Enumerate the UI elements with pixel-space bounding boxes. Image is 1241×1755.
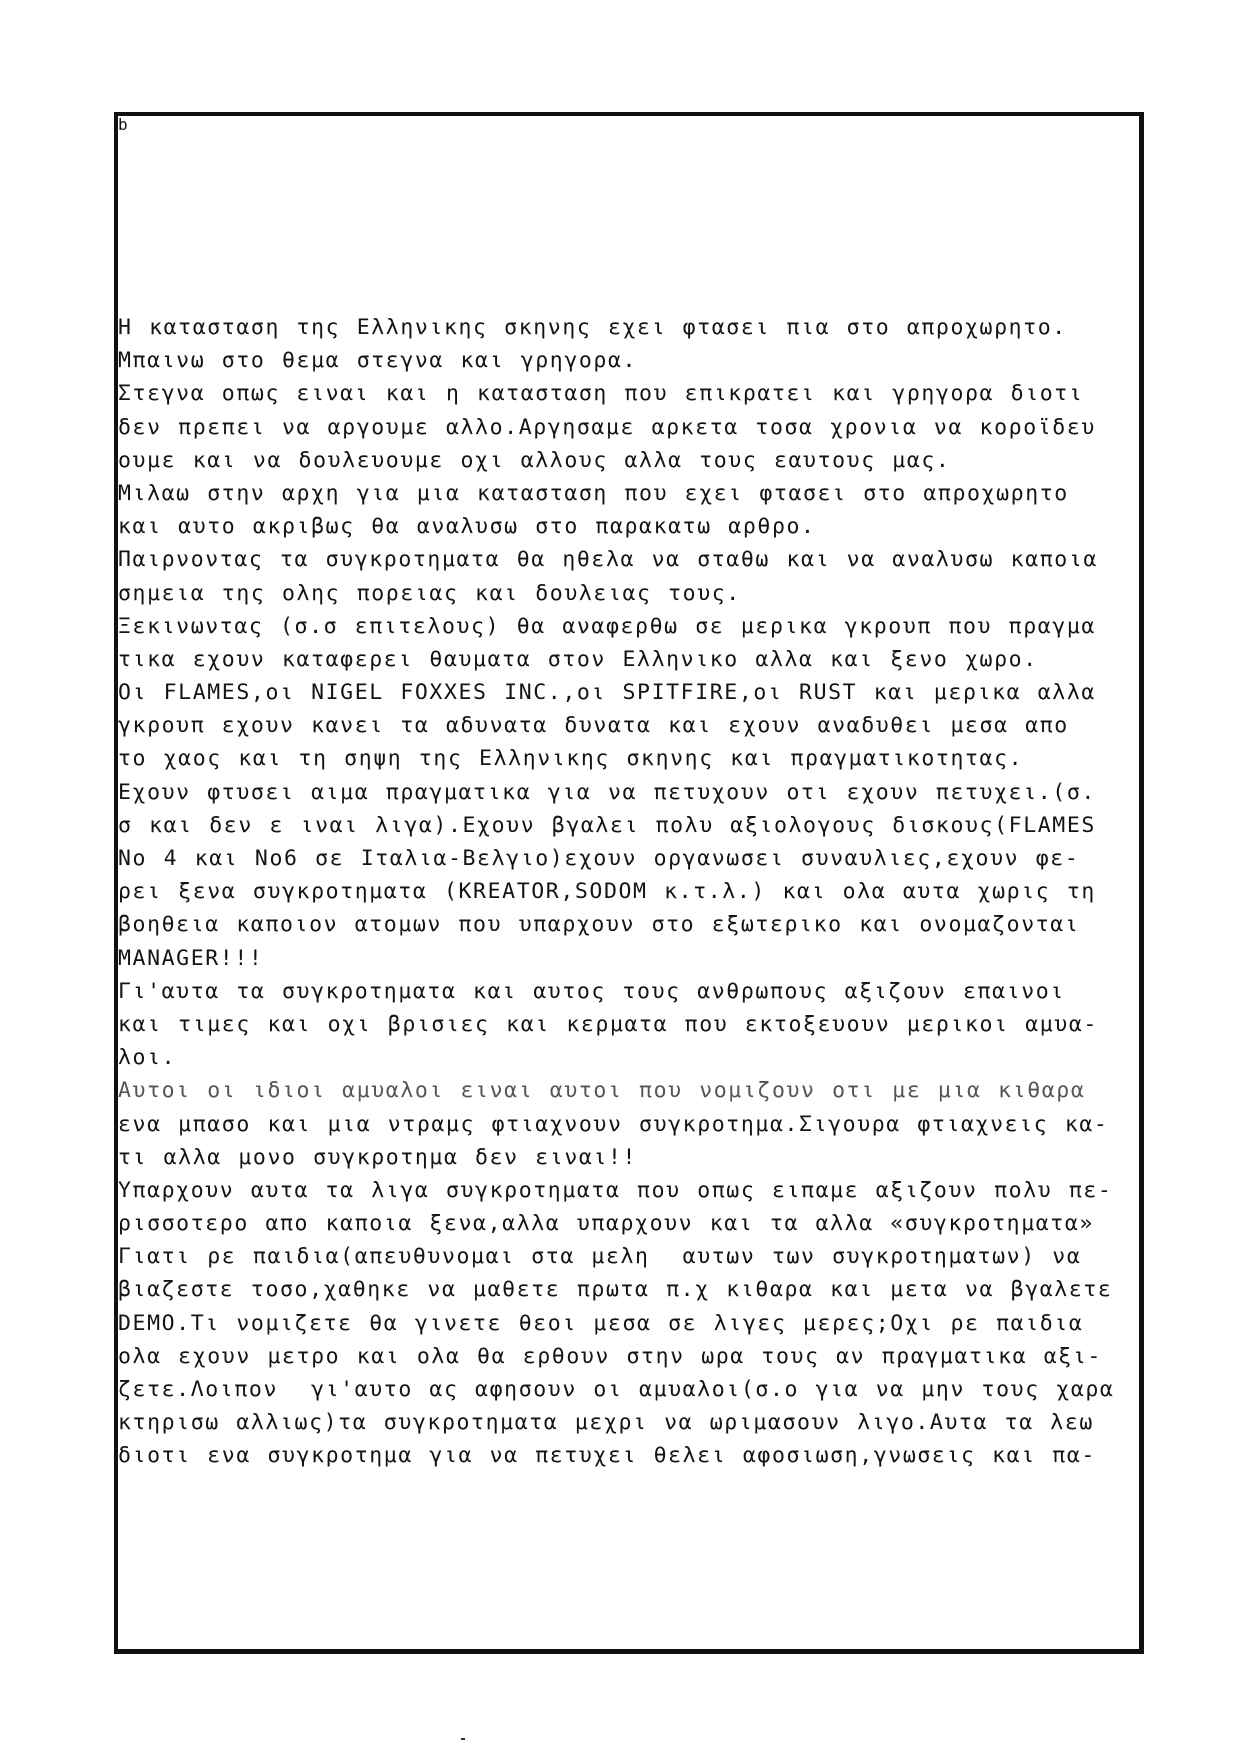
corner-mark: b: [118, 117, 128, 133]
text-line: δεν πρεπει να αργουμε αλλο.Αργησαμε αρκε…: [118, 411, 1140, 444]
text-line: Μπαινω στο θεμα στεγνα και γρηγορα.: [118, 344, 1140, 377]
text-line: βοηθεια καποιον ατομων που υπαρχουν στο …: [118, 908, 1140, 941]
text-line: το χαος και τη σηψη της Ελληνικης σκηνης…: [118, 742, 1140, 775]
text-line: και τιμες και οχι βρισιες και κερματα πο…: [118, 1008, 1140, 1041]
text-line: λοι.: [118, 1041, 1140, 1074]
text-line: σημεια της ολης πορειας και δουλειας του…: [118, 577, 1140, 610]
text-line: τικα εχουν καταφερει θαυματα στον Ελληνι…: [118, 643, 1140, 676]
text-line: Γιατι ρε παιδια(απευθυνομαι στα μελη αυτ…: [118, 1240, 1140, 1273]
text-line: Ξεκινωντας (σ.σ επιτελους) θα αναφερθω σ…: [118, 610, 1140, 643]
text-line: τι αλλα μονο συγκροτημα δεν ειναι!!: [118, 1141, 1140, 1174]
text-line: βιαζεστε τοσο,χαθηκε να μαθετε πρωτα π.χ…: [118, 1273, 1140, 1306]
text-line: γκρουπ εχουν κανει τα αδυνατα δυνατα και…: [118, 709, 1140, 742]
text-line: ζετε.Λοιπον γι'αυτο ας αφησουν οι αμυαλο…: [118, 1373, 1140, 1406]
text-line: Η κατασταση της Ελληνικης σκηνης εχει φτ…: [118, 311, 1140, 344]
text-line: ουμε και να δουλευουμε οχι αλλους αλλα τ…: [118, 444, 1140, 477]
text-line: ενα μπασο και μια ντραμς φτιαχνουν συγκρ…: [118, 1108, 1140, 1141]
text-line: ρει ξενα συγκροτηματα (KREATOR,SODOM κ.τ…: [118, 875, 1140, 908]
text-line: ρισσοτερο απο καποια ξενα,αλλα υπαρχουν …: [118, 1207, 1140, 1240]
article-body: Η κατασταση της Ελληνικης σκηνης εχει φτ…: [118, 311, 1140, 1473]
text-line: DEMO.Τι νομιζετε θα γινετε θεοι μεσα σε …: [118, 1307, 1140, 1340]
text-line: Νο 4 και Νο6 σε Ιταλια-Βελγιο)εχουν οργα…: [118, 842, 1140, 875]
text-line: Στεγνα οπως ειναι και η κατασταση που επ…: [118, 377, 1140, 410]
stray-mark: [461, 1738, 465, 1740]
text-line: σ και δεν ε ιναι λιγα).Εχουν βγαλει πολυ…: [118, 809, 1140, 842]
text-line: διοτι ενα συγκροτημα για να πετυχει θελε…: [118, 1439, 1140, 1472]
text-line: και αυτο ακριβως θα αναλυσω στο παρακατω…: [118, 510, 1140, 543]
text-line: Υπαρχουν αυτα τα λιγα συγκροτηματα που ο…: [118, 1174, 1140, 1207]
text-line: Μιλαω στην αρχη για μια κατασταση που εχ…: [118, 477, 1140, 510]
text-line: Αυτοι οι ιδιοι αμυαλοι ειναι αυτοι που ν…: [118, 1074, 1140, 1107]
text-line: Εχουν φτυσει αιμα πραγματικα για να πετυ…: [118, 776, 1140, 809]
text-line: Γι'αυτα τα συγκροτηματα και αυτος τους α…: [118, 975, 1140, 1008]
text-line: κτηρισω αλλιως)τα συγκροτηματα μεχρι να …: [118, 1406, 1140, 1439]
text-line: ολα εχουν μετρο και ολα θα ερθουν στην ω…: [118, 1340, 1140, 1373]
text-line: MANAGER!!!: [118, 942, 1140, 975]
text-line: Οι FLAMES,οι NIGEL FOXXES INC.,οι SPITFI…: [118, 676, 1140, 709]
text-line: Παιρνοντας τα συγκροτηματα θα ηθελα να σ…: [118, 543, 1140, 576]
